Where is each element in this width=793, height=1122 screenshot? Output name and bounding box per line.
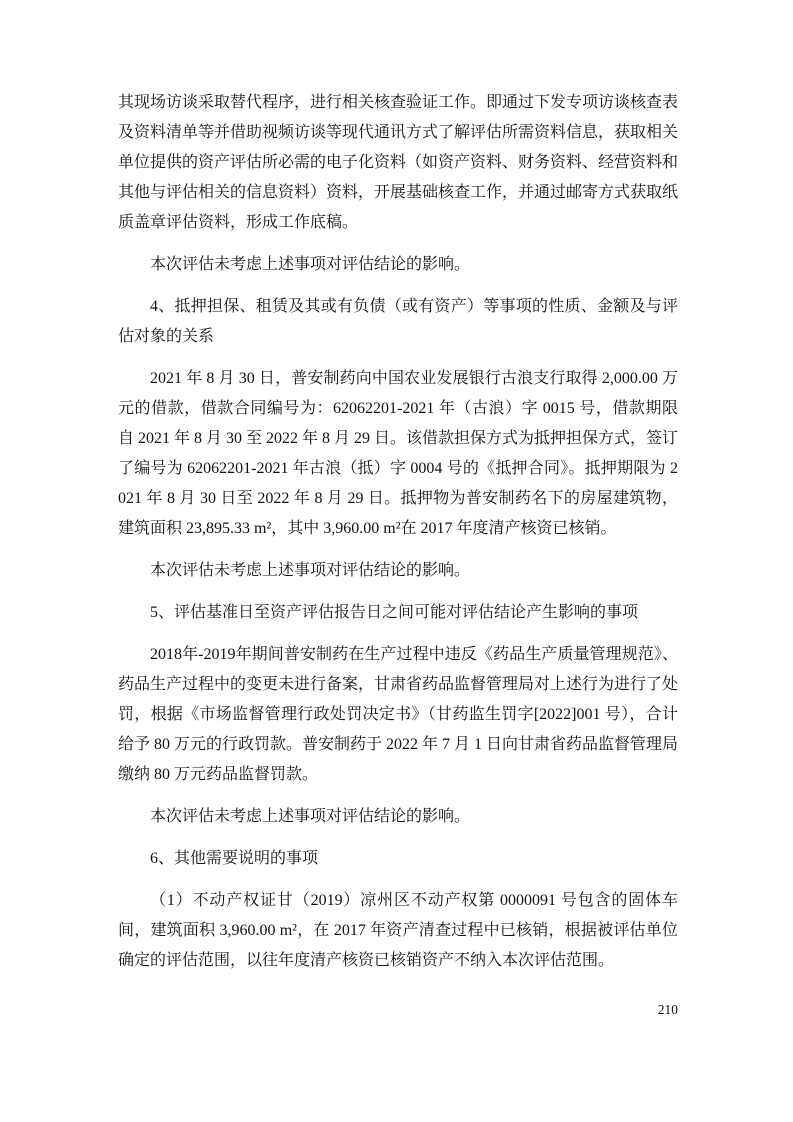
paragraph-loan-mortgage-details: 2021 年 8 月 30 日，普安制药向中国农业发展银行古浪支行取得 2,00…	[118, 364, 678, 544]
paragraph-conclusion-impact-1: 本次评估未考虑上述事项对评估结论的影响。	[118, 250, 678, 280]
section-heading-6-other-matters: 6、其他需要说明的事项	[118, 844, 678, 874]
paragraph-conclusion-impact-2: 本次评估未考虑上述事项对评估结论的影响。	[118, 556, 678, 586]
section-heading-5-events-after-base-date: 5、评估基准日至资产评估报告日之间可能对评估结论产生影响的事项	[118, 598, 678, 628]
paragraph-conclusion-impact-3: 本次评估未考虑上述事项对评估结论的影响。	[118, 802, 678, 832]
document-page: 其现场访谈采取替代程序，进行相关核查验证工作。即通过下发专项访谈核查表及资料清单…	[0, 0, 793, 1122]
section-heading-4-mortgage-guarantee: 4、抵押担保、租赁及其或有负债（或有资产）等事项的性质、金额及与评估对象的关系	[118, 292, 678, 352]
document-body: 其现场访谈采取替代程序，进行相关核查验证工作。即通过下发专项访谈核查表及资料清单…	[118, 88, 678, 988]
paragraph-fieldwork-procedures: 其现场访谈采取替代程序，进行相关核查验证工作。即通过下发专项访谈核查表及资料清单…	[118, 88, 678, 238]
page-number: 210	[118, 1000, 678, 1020]
paragraph-property-certificate-writeoff: （1）不动产权证甘（2019）凉州区不动产权第 0000091 号包含的固体车间…	[118, 886, 678, 976]
paragraph-penalty-details: 2018年-2019年期间普安制药在生产过程中违反《药品生产质量管理规范》、药品…	[118, 640, 678, 790]
